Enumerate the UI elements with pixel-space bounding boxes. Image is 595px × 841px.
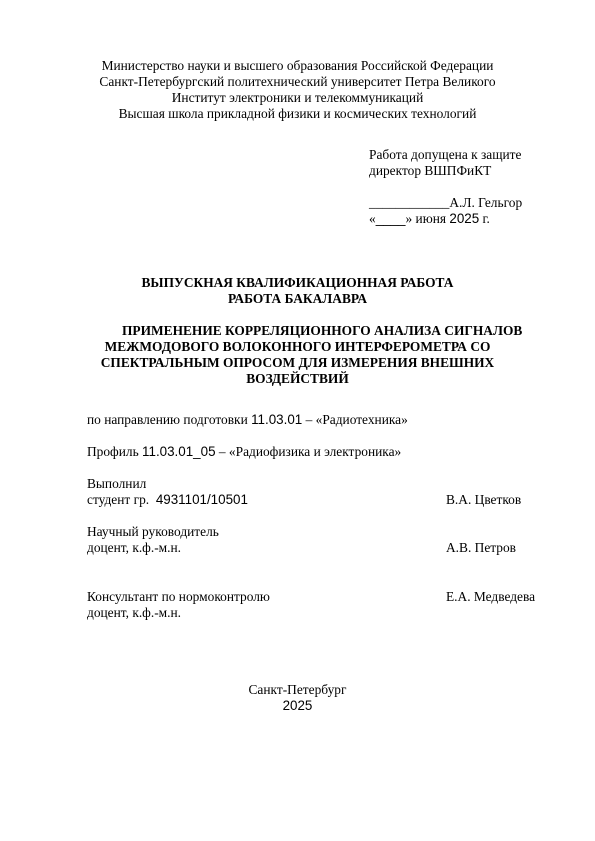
student-name: В.А. Цветков	[446, 492, 521, 508]
date-suffix: г.	[479, 211, 490, 226]
work-type-line1: ВЫПУСКНАЯ КВАЛИФИКАЦИОННАЯ РАБОТА	[0, 275, 595, 291]
profile-name: – «Радиофизика и электроника»	[216, 444, 402, 459]
work-type-line2: РАБОТА БАКАЛАВРА	[0, 291, 595, 307]
signer-name: А.Л. Гельгор	[449, 195, 522, 210]
city: Санкт-Петербург	[0, 682, 595, 698]
year: 2025	[0, 698, 595, 714]
school-line: Высшая школа прикладной физики и космиче…	[0, 106, 595, 122]
student-group-line: студент гр. 4931101/10501	[87, 492, 248, 508]
profile-code: 11.03.01_05	[142, 444, 215, 459]
approval-date: «____» июня 2025 г.	[369, 211, 490, 227]
date-quote-open: «	[369, 211, 376, 226]
university-line: Санкт-Петербургский политехнический унив…	[0, 74, 595, 90]
signature-line: ____________А.Л. Гельгор	[369, 195, 522, 211]
supervisor-title: доцент, к.ф.-м.н.	[87, 540, 181, 556]
ministry-line: Министерство науки и высшего образования…	[0, 58, 595, 74]
topic-line1: ПРИМЕНЕНИЕ КОРРЕЛЯЦИОННОГО АНАЛИЗА СИГНА…	[122, 323, 522, 339]
approval-line: Работа допущена к защите	[369, 147, 521, 163]
date-day-blank: ____	[376, 211, 406, 226]
topic-line4: ВОЗДЕЙСТВИЙ	[0, 371, 595, 387]
consultant-name: Е.А. Медведева	[446, 589, 535, 605]
date-year: 2025	[449, 211, 479, 226]
topic-line3: СПЕКТРАЛЬНЫМ ОПРОСОМ ДЛЯ ИЗМЕРЕНИЯ ВНЕШН…	[0, 355, 595, 371]
student-role: Выполнил	[87, 476, 146, 492]
director-line: директор ВШПФиКТ	[369, 163, 491, 179]
student-group: 4931101/10501	[156, 492, 248, 507]
direction-line: по направлению подготовки 11.03.01 – «Ра…	[87, 412, 408, 428]
consultant-title: доцент, к.ф.-м.н.	[87, 605, 181, 621]
profile-line: Профиль 11.03.01_05 – «Радиофизика и эле…	[87, 444, 401, 460]
supervisor-name: А.В. Петров	[446, 540, 516, 556]
topic-line2: МЕЖМОДОВОГО ВОЛОКОННОГО ИНТЕРФЕРОМЕТРА С…	[0, 339, 595, 355]
student-group-label: студент гр.	[87, 492, 156, 507]
date-month: » июня	[406, 211, 450, 226]
institute-line: Институт электроники и телекоммуникаций	[0, 90, 595, 106]
direction-prefix: по направлению подготовки	[87, 412, 251, 427]
consultant-role: Консультант по нормоконтролю	[87, 589, 270, 605]
direction-code: 11.03.01	[251, 412, 302, 427]
signature-blank: ____________	[369, 195, 449, 210]
supervisor-role: Научный руководитель	[87, 524, 219, 540]
direction-name: – «Радиотехника»	[302, 412, 408, 427]
profile-prefix: Профиль	[87, 444, 142, 459]
